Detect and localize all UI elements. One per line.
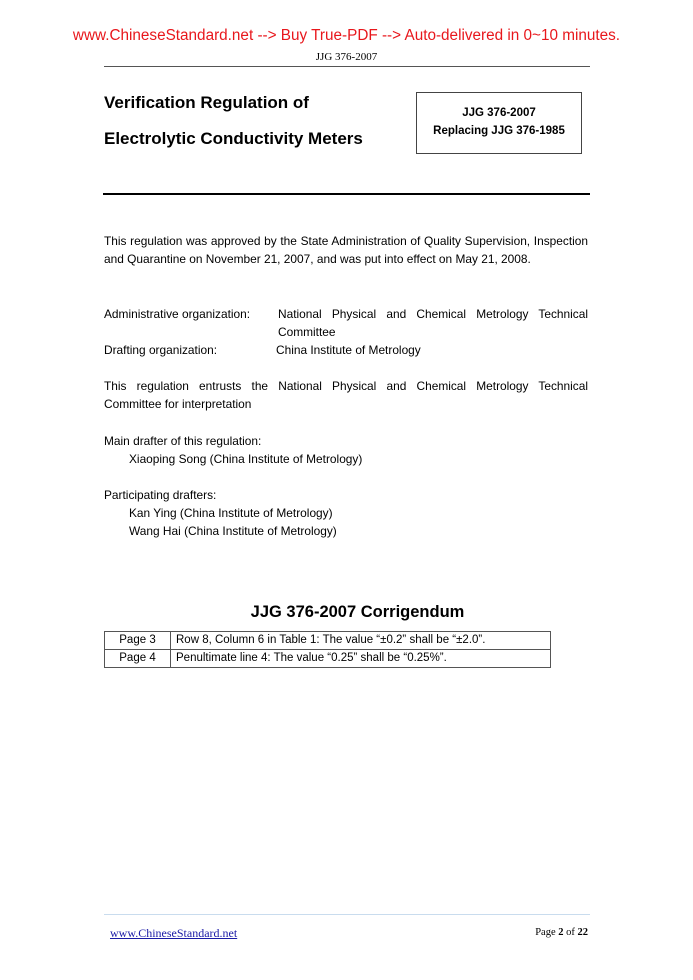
main-drafter-label: Main drafter of this regulation: xyxy=(104,432,261,450)
footer-rule xyxy=(104,914,590,915)
administrative-org-label: Administrative organization: xyxy=(104,305,250,323)
table-row: Page 3 Row 8, Column 6 in Table 1: The v… xyxy=(105,632,551,650)
corrigendum-table: Page 3 Row 8, Column 6 in Table 1: The v… xyxy=(104,631,551,668)
page-number: Page 2 of 22 xyxy=(500,927,588,938)
page-separator: of xyxy=(564,927,578,938)
corrigendum-page: Page 3 xyxy=(105,632,171,650)
administrative-org-value-line2: Committee xyxy=(278,323,588,341)
total-pages: 22 xyxy=(578,927,589,938)
standard-code: JJG 376-2007 xyxy=(417,104,581,122)
corrigendum-title: JJG 376-2007 Corrigendum xyxy=(104,603,551,622)
corrigendum-text: Row 8, Column 6 in Table 1: The value “±… xyxy=(171,632,551,650)
header-rule xyxy=(104,66,590,67)
participating-drafter: Wang Hai (China Institute of Metrology) xyxy=(129,522,337,540)
interpretation-paragraph-line1: This regulation entrusts the National Ph… xyxy=(104,377,588,395)
drafting-org-value: China Institute of Metrology xyxy=(276,341,421,359)
standard-code-box: JJG 376-2007 Replacing JJG 376-1985 xyxy=(416,92,582,154)
main-drafter: Xiaoping Song (China Institute of Metrol… xyxy=(129,450,362,468)
document-title-line1: Verification Regulation of xyxy=(104,93,309,113)
corrigendum-text: Penultimate line 4: The value “0.25” sha… xyxy=(171,650,551,668)
corrigendum-page: Page 4 xyxy=(105,650,171,668)
participating-drafters-label: Participating drafters: xyxy=(104,486,216,504)
participating-drafter: Kan Ying (China Institute of Metrology) xyxy=(129,504,333,522)
document-title-line2: Electrolytic Conductivity Meters xyxy=(104,129,363,149)
footer-website-link[interactable]: www.ChineseStandard.net xyxy=(110,926,237,941)
drafting-org-label: Drafting organization: xyxy=(104,341,217,359)
title-separator-rule xyxy=(103,193,590,195)
running-header-code: JJG 376-2007 xyxy=(0,51,693,63)
approval-paragraph: This regulation was approved by the Stat… xyxy=(104,232,588,268)
page-prefix: Page xyxy=(535,927,558,938)
interpretation-paragraph-line2: Committee for interpretation xyxy=(104,395,251,413)
administrative-org-value-line1: National Physical and Chemical Metrology… xyxy=(278,305,588,323)
promo-banner[interactable]: www.ChineseStandard.net --> Buy True-PDF… xyxy=(0,27,693,45)
table-row: Page 4 Penultimate line 4: The value “0.… xyxy=(105,650,551,668)
replaces-code: Replacing JJG 376-1985 xyxy=(417,122,581,140)
